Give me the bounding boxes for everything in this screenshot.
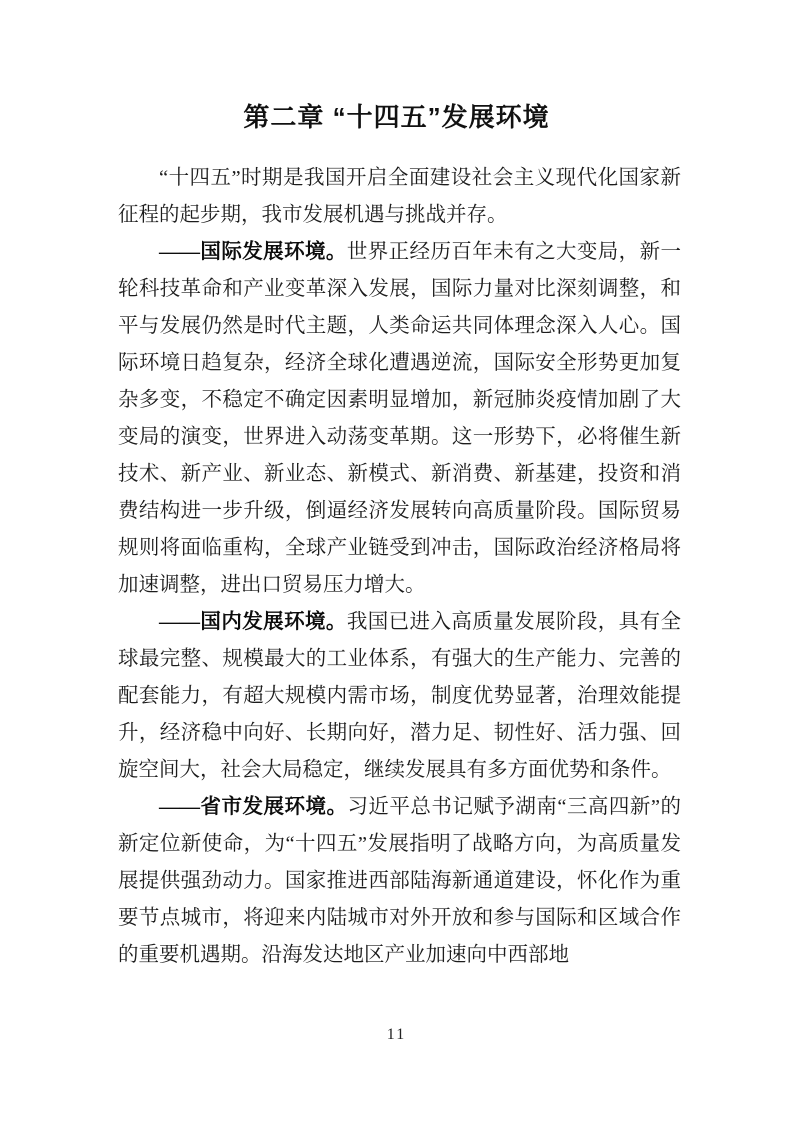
paragraph-text: 习近平总书记赋予湖南“三高四新”的新定位新使命，为“十四五”发展指明了战略方向，… (118, 796, 681, 966)
paragraph-international-environment: ——国际发展环境。世界正经历百年未有之大变局，新一轮科技革命和产业变革深入发展，… (118, 234, 681, 604)
page-number: 11 (0, 1026, 793, 1044)
paragraph-lead: ——省市发展环境。 (159, 796, 347, 818)
chapter-title: 第二章 “十四五”发展环境 (0, 97, 793, 134)
document-body: “十四五”时期是我国开启全面建设社会主义现代化国家新征程的起步期，我市发展机遇与… (118, 160, 681, 974)
paragraph-intro: “十四五”时期是我国开启全面建设社会主义现代化国家新征程的起步期，我市发展机遇与… (118, 160, 681, 234)
paragraph-provincial-environment: ——省市发展环境。习近平总书记赋予湖南“三高四新”的新定位新使命，为“十四五”发… (118, 789, 681, 974)
paragraph-text: 世界正经历百年未有之大变局，新一轮科技革命和产业变革深入发展，国际力量对比深刻调… (118, 241, 681, 596)
paragraph-lead: ——国际发展环境。 (159, 241, 347, 263)
document-page: 第二章 “十四五”发展环境 “十四五”时期是我国开启全面建设社会主义现代化国家新… (0, 0, 793, 1122)
paragraph-lead: ——国内发展环境。 (159, 611, 347, 633)
paragraph-domestic-environment: ——国内发展环境。我国已进入高质量发展阶段，具有全球最完整、规模最大的工业体系，… (118, 604, 681, 789)
paragraph-text: “十四五”时期是我国开启全面建设社会主义现代化国家新征程的起步期，我市发展机遇与… (118, 167, 681, 226)
paragraph-text: 我国已进入高质量发展阶段，具有全球最完整、规模最大的工业体系，有强大的生产能力、… (118, 611, 681, 781)
